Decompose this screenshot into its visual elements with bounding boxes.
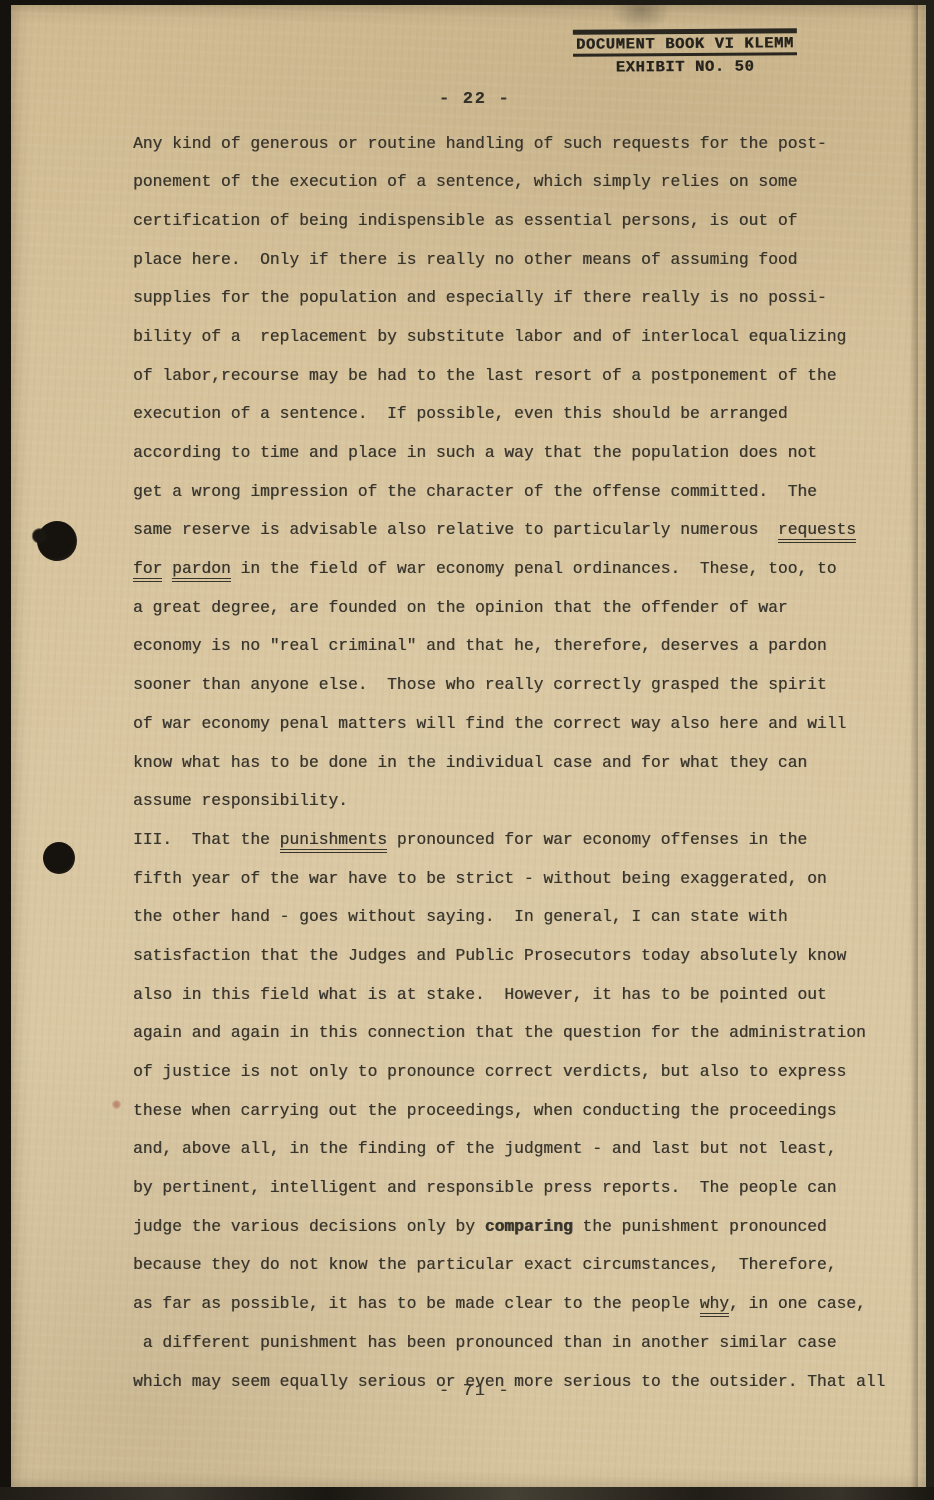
underlined-text: why xyxy=(700,1294,729,1317)
text-segment: of war economy penal matters will find t… xyxy=(133,714,846,733)
text-line: these when carrying out the proceedings,… xyxy=(133,1092,873,1131)
text-line: of war economy penal matters will find t… xyxy=(133,705,873,744)
text-line: same reserve is advisable also relative … xyxy=(133,511,873,550)
text-segment: bility of a replacement by substitute la… xyxy=(133,327,846,346)
text-line: of labor,recourse may be had to the last… xyxy=(133,357,873,396)
text-line: by pertinent, intelligent and responsibl… xyxy=(133,1169,873,1208)
text-segment: execution of a sentence. If possible, ev… xyxy=(133,404,788,423)
document-stamp: DOCUMENT BOOK VI KLEMM EXHIBIT NO. 50 xyxy=(573,28,797,77)
text-segment: , in one case, xyxy=(729,1294,866,1313)
text-line: and, above all, in the finding of the ju… xyxy=(133,1130,873,1169)
text-line: a different punishment has been pronounc… xyxy=(133,1324,873,1363)
text-segment: and, above all, in the finding of the ju… xyxy=(133,1139,836,1158)
underlined-text: for xyxy=(133,559,162,582)
text-line: sooner than anyone else. Those who reall… xyxy=(133,666,873,705)
stamp-title: DOCUMENT BOOK VI KLEMM xyxy=(573,28,797,57)
text-segment xyxy=(162,559,172,578)
text-segment: comparing xyxy=(485,1217,573,1236)
text-segment: judge the various decisions only by xyxy=(133,1217,485,1236)
text-line: a great degree, are founded on the opini… xyxy=(133,589,873,628)
text-line: judge the various decisions only by comp… xyxy=(133,1208,873,1247)
text-line: III. That the punishments pronounced for… xyxy=(133,821,873,860)
text-segment: according to time and place in such a wa… xyxy=(133,443,817,462)
underlined-text: pardon xyxy=(172,559,231,582)
text-line: supplies for the population and especial… xyxy=(133,279,873,318)
text-line: according to time and place in such a wa… xyxy=(133,434,873,473)
text-line: also in this field what is at stake. How… xyxy=(133,976,873,1015)
text-segment: fifth year of the war have to be strict … xyxy=(133,869,827,888)
text-segment: economy is no "real criminal" and that h… xyxy=(133,636,827,655)
text-line: Any kind of generous or routine handling… xyxy=(133,125,873,164)
text-segment: of justice is not only to pronounce corr… xyxy=(133,1062,846,1081)
text-segment: also in this field what is at stake. How… xyxy=(133,985,827,1004)
text-line: satisfaction that the Judges and Public … xyxy=(133,937,873,976)
hole-punch-bottom xyxy=(43,842,75,874)
text-line: because they do not know the particular … xyxy=(133,1246,873,1285)
text-line: the other hand - goes without saying. In… xyxy=(133,898,873,937)
text-segment: a different punishment has been pronounc… xyxy=(133,1333,836,1352)
scanned-page-background: DOCUMENT BOOK VI KLEMM EXHIBIT NO. 50 - … xyxy=(0,0,934,1500)
stamp-exhibit-number: EXHIBIT NO. 50 xyxy=(573,57,797,77)
margin-mark xyxy=(112,1100,121,1109)
text-line: execution of a sentence. If possible, ev… xyxy=(133,395,873,434)
text-segment: again and again in this connection that … xyxy=(133,1023,866,1042)
hole-punch-top xyxy=(34,518,80,564)
text-segment: satisfaction that the Judges and Public … xyxy=(133,946,846,965)
paper-sheet: DOCUMENT BOOK VI KLEMM EXHIBIT NO. 50 - … xyxy=(11,5,926,1489)
text-segment: supplies for the population and especial… xyxy=(133,288,827,307)
text-segment: a great degree, are founded on the opini… xyxy=(133,598,788,617)
text-segment: get a wrong impression of the character … xyxy=(133,482,817,501)
text-segment: in the field of war economy penal ordina… xyxy=(231,559,837,578)
body-text: Any kind of generous or routine handling… xyxy=(133,125,873,1402)
text-line: for pardon in the field of war economy p… xyxy=(133,550,873,589)
text-line: bility of a replacement by substitute la… xyxy=(133,318,873,357)
underlined-text: requests xyxy=(778,520,856,543)
text-segment: the punishment pronounced xyxy=(573,1217,827,1236)
text-segment: sooner than anyone else. Those who reall… xyxy=(133,675,827,694)
text-segment: as far as possible, it has to be made cl… xyxy=(133,1294,700,1313)
text-line: economy is no "real criminal" and that h… xyxy=(133,627,873,666)
text-segment: by pertinent, intelligent and responsibl… xyxy=(133,1178,836,1197)
text-line: assume responsibility. xyxy=(133,782,873,821)
text-segment: know what has to be done in the individu… xyxy=(133,753,807,772)
page-edge-shadow xyxy=(910,5,918,1489)
text-segment: pronounced for war economy offenses in t… xyxy=(387,830,807,849)
text-segment: the other hand - goes without saying. In… xyxy=(133,907,788,926)
text-segment: same reserve is advisable also relative … xyxy=(133,520,778,539)
scan-bottom-edge xyxy=(0,1487,934,1500)
text-segment: certification of being indispensible as … xyxy=(133,211,797,230)
ink-smudge xyxy=(611,5,671,31)
page-number-top: - 22 - xyxy=(439,89,510,108)
text-segment: III. That the xyxy=(133,830,280,849)
page-number-bottom: - 71 - xyxy=(439,1381,510,1400)
text-segment: ponement of the execution of a sentence,… xyxy=(133,172,797,191)
text-line: of justice is not only to pronounce corr… xyxy=(133,1053,873,1092)
text-line: again and again in this connection that … xyxy=(133,1014,873,1053)
text-segment: of labor,recourse may be had to the last… xyxy=(133,366,836,385)
text-line: know what has to be done in the individu… xyxy=(133,744,873,783)
text-line: as far as possible, it has to be made cl… xyxy=(133,1285,873,1324)
text-line: certification of being indispensible as … xyxy=(133,202,873,241)
text-segment: because they do not know the particular … xyxy=(133,1255,836,1274)
text-segment: Any kind of generous or routine handling… xyxy=(133,134,827,153)
underlined-text: punishments xyxy=(280,830,387,853)
text-segment: assume responsibility. xyxy=(133,791,348,810)
text-line: place here. Only if there is really no o… xyxy=(133,241,873,280)
text-segment: place here. Only if there is really no o… xyxy=(133,250,797,269)
text-segment: these when carrying out the proceedings,… xyxy=(133,1101,836,1120)
text-line: fifth year of the war have to be strict … xyxy=(133,860,873,899)
text-line: get a wrong impression of the character … xyxy=(133,473,873,512)
text-line: ponement of the execution of a sentence,… xyxy=(133,163,873,202)
